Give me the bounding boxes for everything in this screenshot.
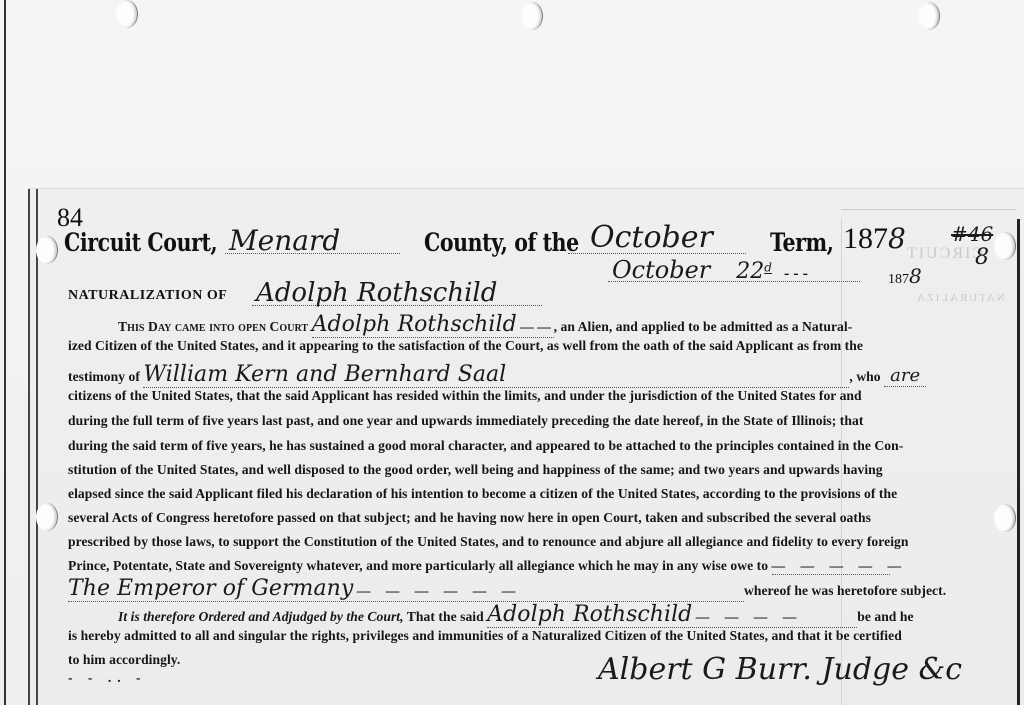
body-line-16-marks: - - .. - (68, 670, 147, 686)
left-border-rules (28, 189, 38, 705)
be-and-he-text: be and he (857, 609, 913, 624)
body-line-7: stitution of the United States, and well… (68, 462, 883, 478)
body-line-14: is hereby admitted to all and singular t… (68, 628, 902, 644)
sovereign-dashes: — — — — — — (357, 583, 522, 598)
ordered-adjudged-text: It is therefore Ordered and Adjudged by … (118, 609, 404, 624)
page-edge-rule (4, 0, 6, 705)
line-dashes: — — (520, 319, 551, 334)
form-number-struck: #46 (951, 222, 993, 246)
term-label-wrap: Term, (770, 228, 847, 257)
date-year-printed: 187 (888, 272, 909, 287)
body-line-13: It is therefore Ordered and Adjudged by … (118, 602, 914, 628)
county-field: Menard (225, 224, 400, 254)
right-border-rule (1017, 219, 1020, 705)
bleed-through-text: CIRCUIT (905, 245, 983, 263)
body-line-15: to him accordingly. (68, 652, 180, 668)
date-year: 1878 (888, 264, 922, 288)
body-line-10: prescribed by those laws, to support the… (68, 534, 908, 550)
body-line-2: ized Citizen of the United States, and i… (68, 338, 863, 354)
date-field: October 22d - - - (608, 256, 860, 282)
term-year-handwritten: 8 (888, 222, 906, 255)
term-year-printed: 187 (843, 222, 888, 255)
punch-hole (36, 236, 58, 264)
punch-hole (36, 503, 58, 531)
who-text: , who (849, 369, 880, 384)
punch-hole (116, 0, 138, 28)
witnesses-names: William Kern and Bernhard Saal (143, 362, 506, 387)
body-line-8: elapsed since the said Applicant filed h… (68, 486, 897, 502)
body-line-12: The Emperor of Germany — — — — — —whereo… (68, 576, 946, 602)
header-court-line: Circuit Court, (64, 228, 251, 262)
this-day-text: This Day came into open Court (118, 319, 308, 334)
date-year-handwritten: 8 (909, 264, 922, 288)
witness-verb: are (884, 365, 926, 387)
witnesses-field: William Kern and Bernhard Saal (143, 362, 849, 388)
line-dashes: — — — — (696, 609, 803, 624)
allegiance-text: Prince, Potentate, State and Sovereignty… (68, 558, 768, 573)
punch-hole (994, 232, 1016, 260)
punch-hole (521, 2, 543, 30)
allegiance-dashes: — — — — — (772, 558, 890, 575)
sovereign-field: The Emperor of Germany — — — — — — (68, 576, 744, 602)
form-number: 8 (975, 245, 989, 270)
sovereign-name: The Emperor of Germany (68, 576, 353, 601)
applicant-name-field: Adolph Rothschild (252, 278, 542, 306)
date-day: 22 (736, 259, 764, 284)
bleed-through-text: NATURALIZA (915, 292, 1005, 304)
term-label: Term, (770, 228, 834, 257)
alien-text: , an Alien, and applied to be admitted a… (554, 319, 853, 334)
testimony-of-text: testimony of (68, 369, 140, 384)
date-month: October (612, 256, 710, 284)
applicant-name-field-2: Adolph Rothschild — — (312, 312, 554, 338)
punch-hole (994, 504, 1016, 532)
term-month: October (590, 220, 713, 255)
heretofore-subject-text: whereof he was heretofore subject. (744, 583, 946, 598)
county-name: Menard (229, 224, 340, 257)
body-line-6: during the said term of five years, he h… (68, 438, 903, 454)
that-the-said-text: That the said (404, 609, 484, 624)
body-line-5: during the full term of five years last … (68, 413, 863, 429)
term-year: 1878 (843, 222, 906, 256)
judge-signature: Albert G Burr. Judge &c (598, 652, 962, 687)
title-label: NATURALIZATION OF (68, 288, 227, 304)
date-day-suffix: d (764, 261, 772, 275)
body-line-11: Prince, Potentate, State and Sovereignty… (68, 558, 890, 575)
overlay-flap-edge (841, 209, 1016, 221)
body-line-1: This Day came into open Court Adolph Rot… (118, 312, 852, 338)
applicant-name-2: Adolph Rothschild (312, 312, 517, 337)
term-month-field: October (568, 220, 746, 254)
body-line-4: citizens of the United States, that the … (68, 388, 862, 404)
applicant-name: Adolph Rothschild (256, 278, 497, 308)
court-label: Circuit Court, (64, 228, 217, 257)
county-label: County, of the (424, 228, 579, 257)
body-line-9: several Acts of Congress heretofore pass… (68, 510, 871, 526)
body-line-3: testimony of William Kern and Bernhard S… (68, 362, 926, 388)
date-dashes: - - - (784, 265, 808, 282)
applicant-name-field-3: Adolph Rothschild — — — — (487, 602, 857, 628)
punch-hole (918, 2, 940, 30)
applicant-name-3: Adolph Rothschild (487, 602, 692, 627)
